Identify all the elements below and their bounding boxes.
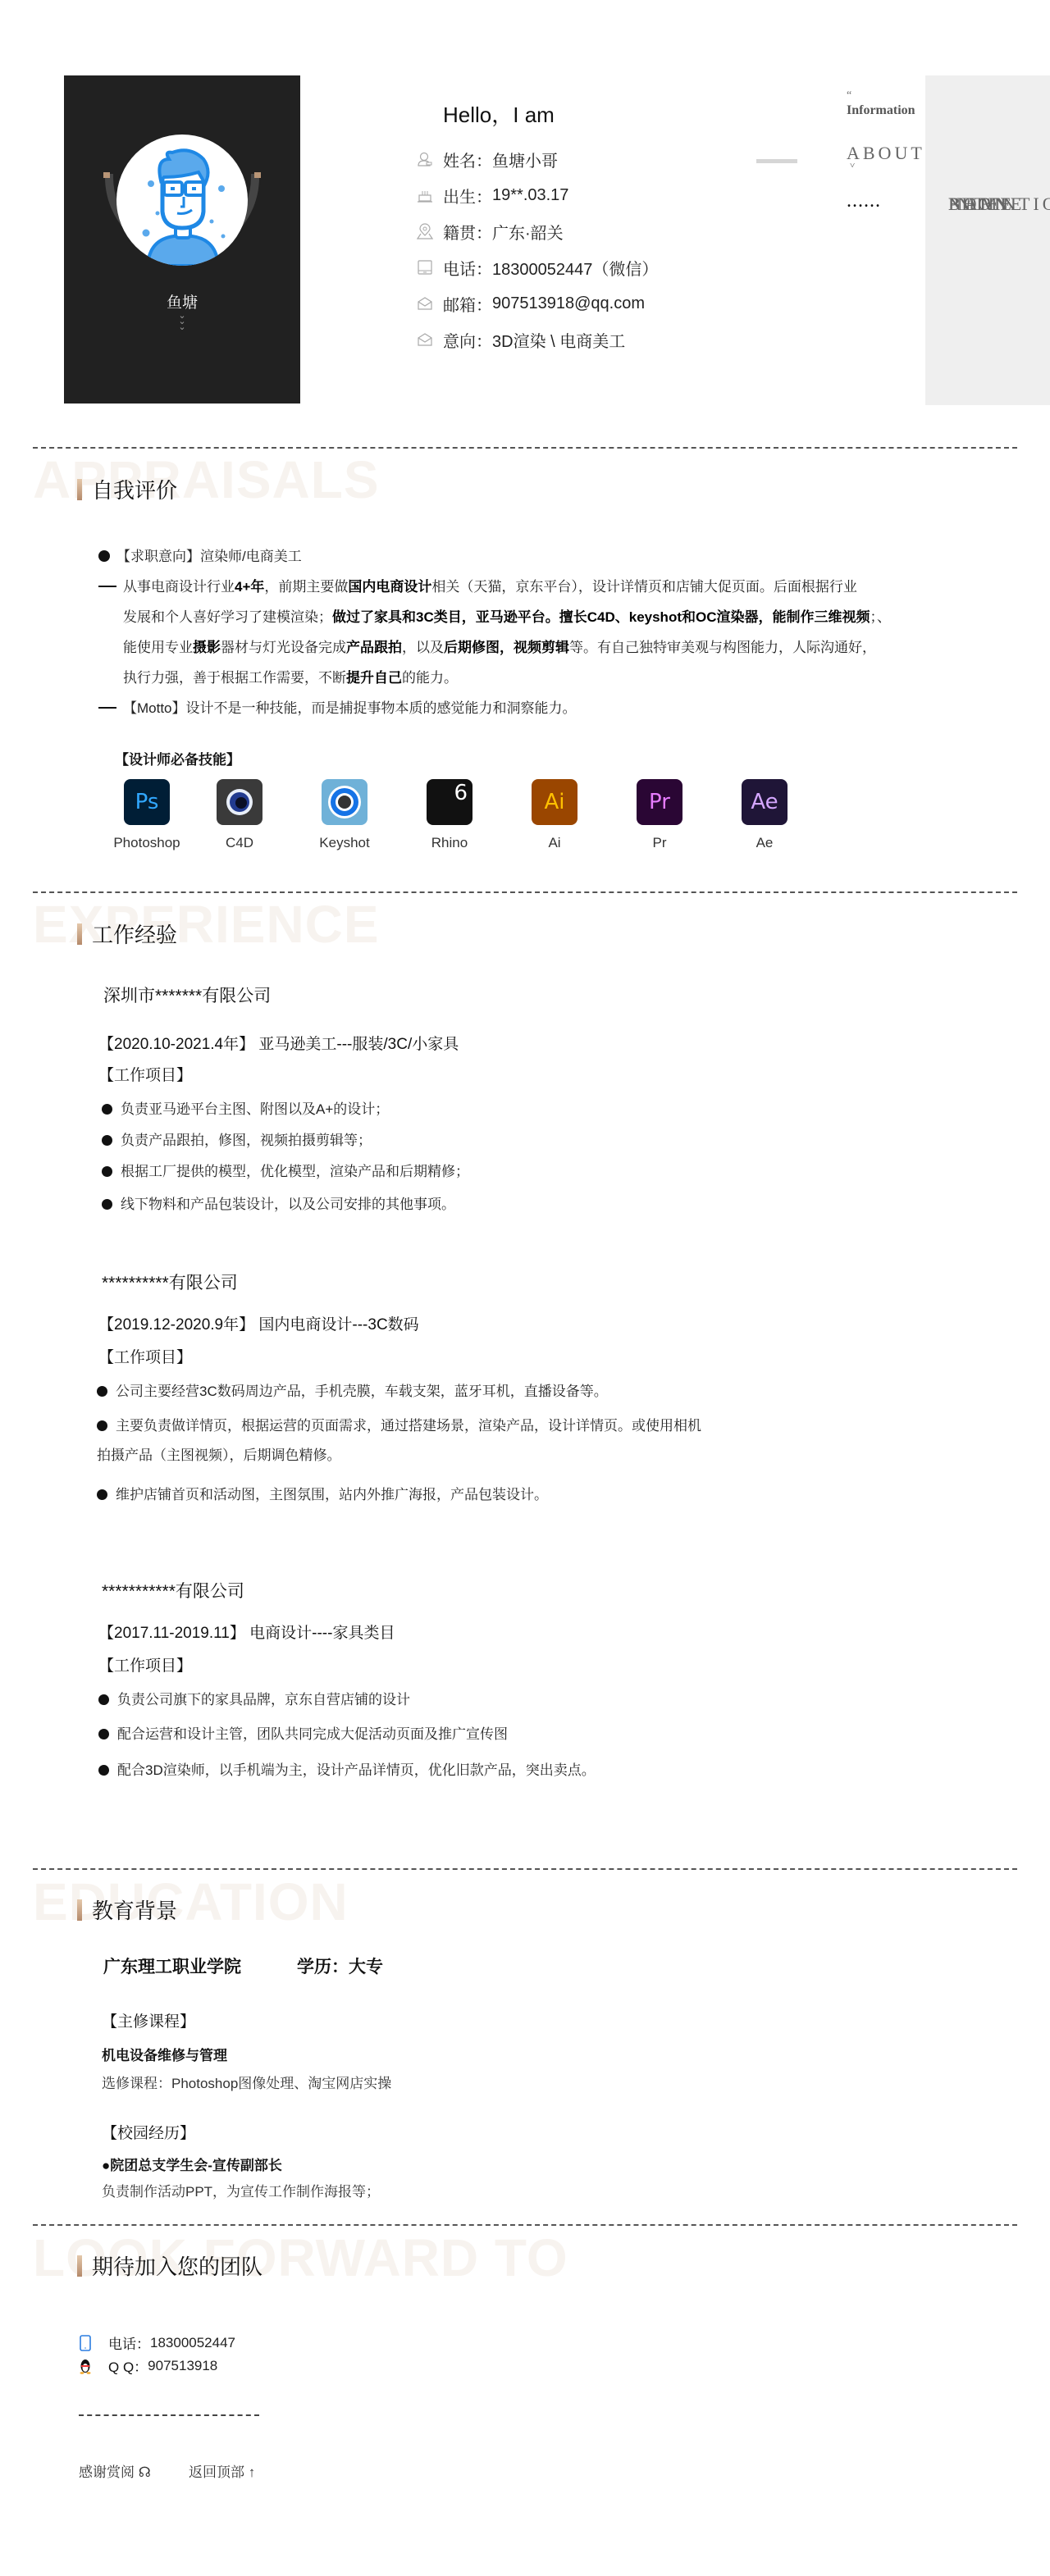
nav-title: Information bbox=[847, 103, 925, 118]
job-2-item: 主要负责做详情页，根据运营的页面需求，通过搭建场景，渲染产品，设计详情页。或使用… bbox=[97, 1414, 701, 1434]
info-row-hometown: 籍贯：广东·韶关 bbox=[417, 213, 658, 249]
campus-description: 负责制作活动PPT，为宣传工作制作海报等； bbox=[102, 2180, 380, 2200]
desc-line-3: 能使用专业摄影器材与灯光设备完成产品跟拍，以及后期修图，视频剪辑等。有自己独特审… bbox=[98, 632, 1001, 663]
job-2-item: 维护店铺首页和活动图，主图氛围，站内外推广海报，产品包装设计。 bbox=[97, 1483, 548, 1503]
nav-more: ...... bbox=[847, 190, 925, 212]
job-3-period-role: 【2017.11-2019.11】 电商设计----家具类目 bbox=[98, 1621, 395, 1643]
email-value[interactable]: 907513918@qq.com bbox=[492, 294, 645, 313]
birth-value: 19**.03.17 bbox=[492, 186, 568, 205]
section-title-closing: 期待加入您的团队 bbox=[77, 2250, 262, 2281]
email-label: 邮箱： bbox=[443, 292, 492, 316]
hometown-value: 广东·韶关 bbox=[492, 220, 564, 244]
degree: 学历：大专 bbox=[297, 1954, 383, 1978]
job-2-items-label: 【工作项目】 bbox=[98, 1345, 192, 1367]
avatar-illustration-icon bbox=[116, 134, 248, 266]
premiere-icon: Pr bbox=[637, 779, 682, 825]
thanks-text: 感谢赏阅 ☊ bbox=[79, 2460, 151, 2481]
c4d-icon bbox=[217, 779, 262, 825]
job-1-item: 线下物料和产品包装设计，以及公司安排的其他事项。 bbox=[102, 1192, 455, 1213]
skill-ae: Ae Ae bbox=[712, 779, 817, 851]
skill-c4d: C4D bbox=[187, 779, 292, 851]
mobile-phone-icon bbox=[79, 2335, 92, 2351]
contact-phone-value[interactable]: 18300052447 bbox=[150, 2335, 235, 2351]
job-1-period-role: 【2020.10-2021.4年】 亚马逊美工---服装/3C/小家具 bbox=[98, 1032, 459, 1054]
birth-label: 出生： bbox=[443, 184, 492, 207]
mail-icon bbox=[417, 331, 433, 348]
info-row-name: 姓名：鱼塘小哥 bbox=[417, 141, 658, 177]
decorative-dash bbox=[756, 159, 797, 163]
qq-penguin-icon bbox=[79, 2358, 92, 2374]
phone-icon bbox=[417, 259, 433, 276]
job-1-item: 负责亚马逊平台主图、附图以及A+的设计； bbox=[102, 1097, 389, 1118]
side-panel bbox=[925, 75, 1050, 405]
birthday-cake-icon bbox=[417, 187, 433, 203]
footer-divider bbox=[79, 2414, 259, 2416]
job-2-company: **********有限公司 bbox=[102, 1270, 238, 1294]
job-2-item: 公司主要经营3C数码周边产品，手机壳膜，车载支架，蓝牙耳机，直播设备等。 bbox=[97, 1379, 608, 1400]
job-2-item-continued: 拍摄产品（主图视频），后期调色精修。 bbox=[97, 1443, 341, 1464]
info-row-email: 邮箱：907513918@qq.com bbox=[417, 285, 658, 321]
desc-line-4: 执行力强，善于根据工作需要，不断提升自己的能力。 bbox=[98, 663, 1001, 693]
profile-card: 鱼塘 ⌄⌄⌄ bbox=[64, 75, 300, 403]
user-icon bbox=[417, 151, 433, 167]
ring-cap-left bbox=[103, 172, 110, 178]
side-nav: “ Information ABOUT ˅ NAME BORN PHONE IN… bbox=[847, 90, 925, 212]
section-title-experience: 工作经验 bbox=[77, 919, 177, 949]
phone-label: 电话： bbox=[443, 256, 492, 280]
personal-info-list: 姓名：鱼塘小哥 出生：19**.03.17 籍贯：广东·韶关 电话：183000… bbox=[417, 141, 658, 358]
section-title-text: 自我评价 bbox=[92, 474, 177, 504]
double-chevron-down-icon[interactable]: ⌄⌄⌄ bbox=[64, 313, 300, 331]
quote-mark: “ bbox=[847, 90, 925, 102]
major-label: 【主修课程】 bbox=[102, 2009, 195, 2031]
intention-label: 意向： bbox=[443, 328, 492, 352]
job-3-items-label: 【工作项目】 bbox=[98, 1653, 192, 1676]
job-2-period-role: 【2019.12-2020.9年】 国内电商设计---3C数码 bbox=[98, 1312, 419, 1334]
skills-title: 【设计师必备技能】 bbox=[115, 748, 240, 768]
section-title-education: 教育背景 bbox=[77, 1894, 177, 1925]
info-row-birth: 出生：19**.03.17 bbox=[417, 177, 658, 213]
campus-role: ●院团总支学生会-宣传副部长 bbox=[102, 2154, 282, 2174]
skill-keyshot: Keyshot bbox=[292, 779, 397, 851]
desc-line-2: 发展和个人喜好学习了建模渲染；做过了家具和3C类目，亚马逊平台。擅长C4D、ke… bbox=[98, 602, 1001, 632]
contact-qq: Q Q：907513918 bbox=[79, 2355, 217, 2376]
hometown-label: 籍贯： bbox=[443, 220, 492, 244]
section-divider bbox=[33, 447, 1017, 449]
accent-bar bbox=[77, 2255, 82, 2277]
job-3-item: 负责公司旗下的家具品牌，京东自营店铺的设计 bbox=[98, 1688, 410, 1708]
keyshot-icon bbox=[322, 779, 367, 825]
accent-bar bbox=[77, 1899, 82, 1921]
accent-bar bbox=[77, 479, 82, 500]
job-3-company: ***********有限公司 bbox=[102, 1578, 244, 1603]
name-value: 鱼塘小哥 bbox=[492, 148, 558, 171]
greeting: Hello，I am bbox=[443, 98, 555, 129]
nav-item-intention[interactable]: INTENTION bbox=[948, 194, 1050, 234]
nickname: 鱼塘 bbox=[64, 290, 300, 312]
contact-phone: 电话：18300052447 bbox=[79, 2332, 235, 2353]
after-effects-icon: Ae bbox=[742, 779, 787, 825]
motto: 【Motto】设计不是一种技能，而是捕捉事物本质的感觉能力和洞察能力。 bbox=[98, 693, 1001, 723]
bullet-icon bbox=[98, 550, 110, 562]
section-divider bbox=[33, 1868, 1017, 1870]
section-divider bbox=[33, 891, 1017, 893]
nav-about[interactable]: ABOUT bbox=[847, 143, 925, 164]
self-description: 从事电商设计行业4+年，前期主要做国内电商设计相关（天猫，京东平台），设计详情页… bbox=[98, 572, 1001, 723]
intention-value: 3D渲染 \ 电商美工 bbox=[492, 328, 625, 352]
job-1-item: 根据工厂提供的模型，优化模型，渲染产品和后期精修； bbox=[102, 1160, 469, 1180]
job-3-item: 配合运营和设计主管，团队共同完成大促活动页面及推广宣传图 bbox=[98, 1722, 508, 1743]
ring-cap-right bbox=[254, 172, 261, 178]
school-name: 广东理工职业学院 bbox=[103, 1954, 241, 1978]
rhino-icon: 6 bbox=[427, 779, 472, 825]
desc-line-1: 从事电商设计行业4+年，前期主要做国内电商设计相关（天猫，京东平台），设计详情页… bbox=[98, 572, 1001, 602]
skills-list: Ps Photoshop C4D Keyshot 6 Rhino Ai Ai P… bbox=[107, 779, 817, 851]
mail-icon bbox=[417, 295, 433, 312]
contact-qq-value[interactable]: 907513918 bbox=[148, 2358, 217, 2374]
job-1-company: 深圳市*******有限公司 bbox=[103, 983, 271, 1007]
section-title-appraisal: 自我评价 bbox=[77, 474, 177, 504]
skill-pr: Pr Pr bbox=[607, 779, 712, 851]
avatar bbox=[116, 134, 248, 266]
job-1-item: 负责产品跟拍，修图，视频拍摄剪辑等； bbox=[102, 1128, 372, 1149]
job-intent: 【求职意向】渲染师/电商美工 bbox=[98, 545, 302, 565]
info-row-phone: 电话：18300052447（微信） bbox=[417, 249, 658, 285]
job-1-items-label: 【工作项目】 bbox=[98, 1063, 192, 1085]
accent-bar bbox=[77, 923, 82, 945]
info-row-intention: 意向：3D渲染 \ 电商美工 bbox=[417, 321, 658, 358]
phone-value: 18300052447（微信） bbox=[492, 256, 658, 280]
location-pin-icon bbox=[417, 223, 433, 239]
dash-icon bbox=[98, 586, 116, 587]
major: 机电设备维修与管理 bbox=[102, 2044, 227, 2064]
photoshop-icon: Ps bbox=[124, 779, 170, 825]
section-divider bbox=[33, 2224, 1017, 2226]
dash-icon bbox=[98, 707, 116, 709]
campus-label: 【校园经历】 bbox=[102, 2121, 195, 2143]
skill-rhino: 6 Rhino bbox=[397, 779, 502, 851]
name-label: 姓名： bbox=[443, 148, 492, 171]
illustrator-icon: Ai bbox=[532, 779, 577, 825]
resume-header: 鱼塘 ⌄⌄⌄ Hello，I am 姓名：鱼塘小哥 出生：19**.03.17 … bbox=[0, 0, 1050, 443]
skill-photoshop: Ps Photoshop bbox=[107, 779, 187, 851]
job-3-item: 配合3D渲染师，以手机端为主，设计产品详情页，优化旧款产品，突出卖点。 bbox=[98, 1758, 596, 1779]
back-to-top-link[interactable]: 返回顶部 ↑ bbox=[189, 2460, 255, 2481]
electives: 选修课程：Photoshop图像处理、淘宝网店实操 bbox=[102, 2072, 391, 2092]
skill-ai: Ai Ai bbox=[502, 779, 607, 851]
